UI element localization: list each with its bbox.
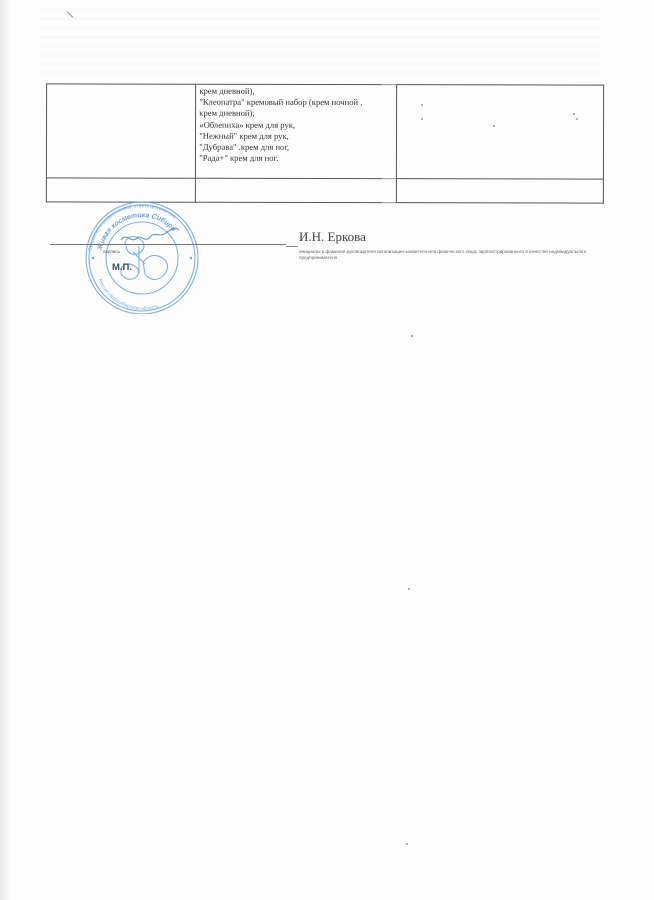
- product-line: крем дневной),: [199, 86, 396, 98]
- name-underline: [286, 246, 298, 247]
- handwritten-signature: [121, 228, 179, 240]
- company-stamp-icon: Общество с ограниченной ответственностью…: [73, 196, 211, 314]
- scan-edge: [0, 0, 10, 900]
- product-line: "Нежный" крем для рук,: [199, 131, 396, 143]
- table-cell-empty: [396, 85, 603, 179]
- scan-speck: [421, 118, 423, 120]
- svg-text:Россия Новосибирская область: Россия Новосибирская область: [97, 278, 161, 312]
- seal-label: М.П.: [112, 262, 132, 273]
- scan-speck: [493, 125, 495, 127]
- scan-speck: [576, 118, 578, 120]
- table-row: крем дневной), "Клеопатра" кремовый набо…: [46, 84, 603, 179]
- table-cell-empty: [46, 84, 195, 178]
- product-table: крем дневной), "Клеопатра" кремовый набо…: [46, 83, 604, 203]
- table-cell-empty: [396, 179, 603, 203]
- signature-caption: подпись: [103, 249, 120, 254]
- product-line: "Клеопатра" кремовый набор (крем ночной …: [199, 97, 396, 109]
- scan-speck: [408, 588, 410, 590]
- scan-speck: [573, 113, 575, 115]
- signer-name: И.Н. Еркова: [299, 229, 366, 245]
- signature-line: [50, 244, 286, 245]
- product-line: крем дневной),: [199, 108, 396, 120]
- bleed-through-noise: [40, 8, 600, 78]
- signer-name-caption: инициалы и фамилия руководителя организа…: [299, 249, 599, 261]
- table-cell-empty: [196, 178, 397, 202]
- product-list: крем дневной), "Клеопатра" кремовый набо…: [196, 85, 396, 165]
- scan-speck: [411, 335, 413, 337]
- product-line: "Рада+" крем для ног.: [199, 153, 396, 165]
- product-line: "Дубрава" .крем для ног,: [199, 142, 396, 154]
- scan-speck: [421, 104, 423, 106]
- scan-speck: [406, 843, 408, 845]
- product-line: «Облепиха» крем для рук,: [199, 119, 396, 131]
- table-cell-products: крем дневной), "Клеопатра" кремовый набо…: [196, 84, 397, 178]
